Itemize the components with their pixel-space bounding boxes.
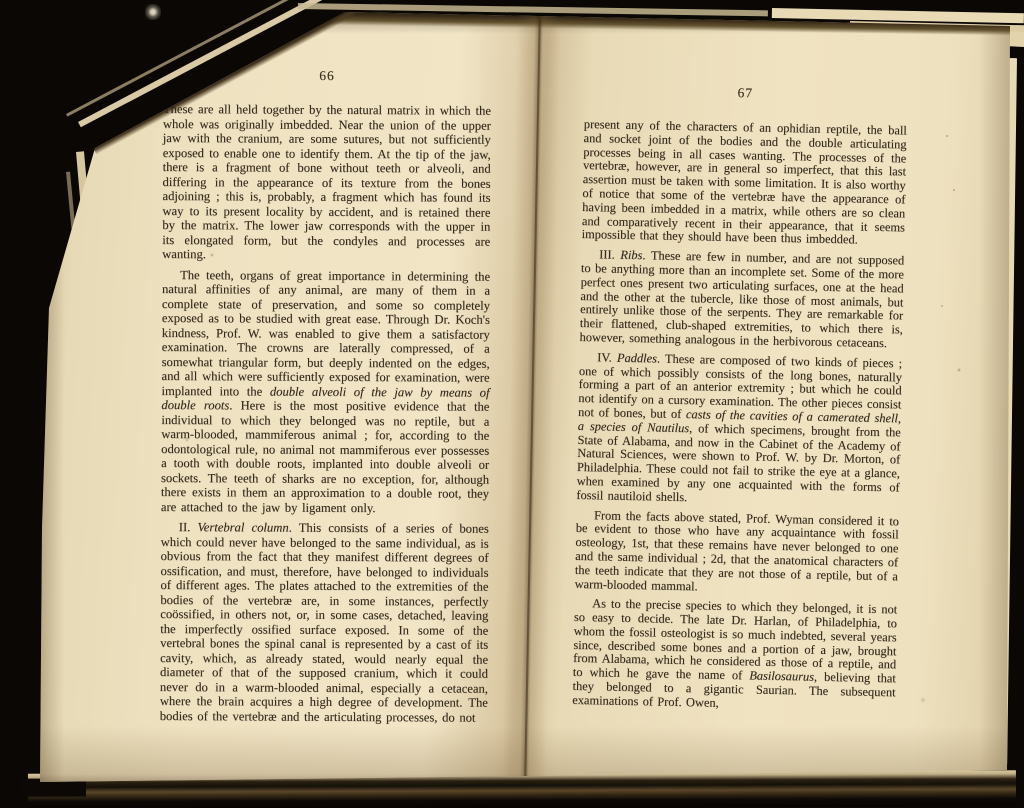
paragraph: present any of the characters of an ophi… [582, 118, 907, 249]
page-stack-edge [772, 8, 1024, 23]
page-66-text: These are all held together by the natur… [160, 102, 491, 725]
dust-speck [145, 4, 161, 20]
book-gutter-crease [502, 12, 561, 785]
paragraph: II. Vertebral column. This consists of a… [160, 520, 489, 725]
page-number-right: 67 [584, 82, 907, 104]
paragraph: IV. Paddles. These are composed of two k… [576, 351, 902, 509]
paragraph: The teeth, organs of great importance in… [161, 267, 490, 515]
book-spread: 66 These are all held together by the na… [35, 8, 1013, 788]
paragraph: These are all held together by the natur… [162, 102, 491, 263]
paragraph: From the facts above stated, Prof. Wyman… [575, 508, 900, 597]
paragraph: III. Ribs. These are few in number, and … [579, 248, 904, 351]
book-photo: 66 These are all held together by the na… [0, 0, 1024, 808]
page-67-text: present any of the characters of an ophi… [572, 118, 907, 714]
paragraph: As to the precise species to which they … [572, 597, 897, 714]
page-number-left: 66 [163, 67, 491, 85]
